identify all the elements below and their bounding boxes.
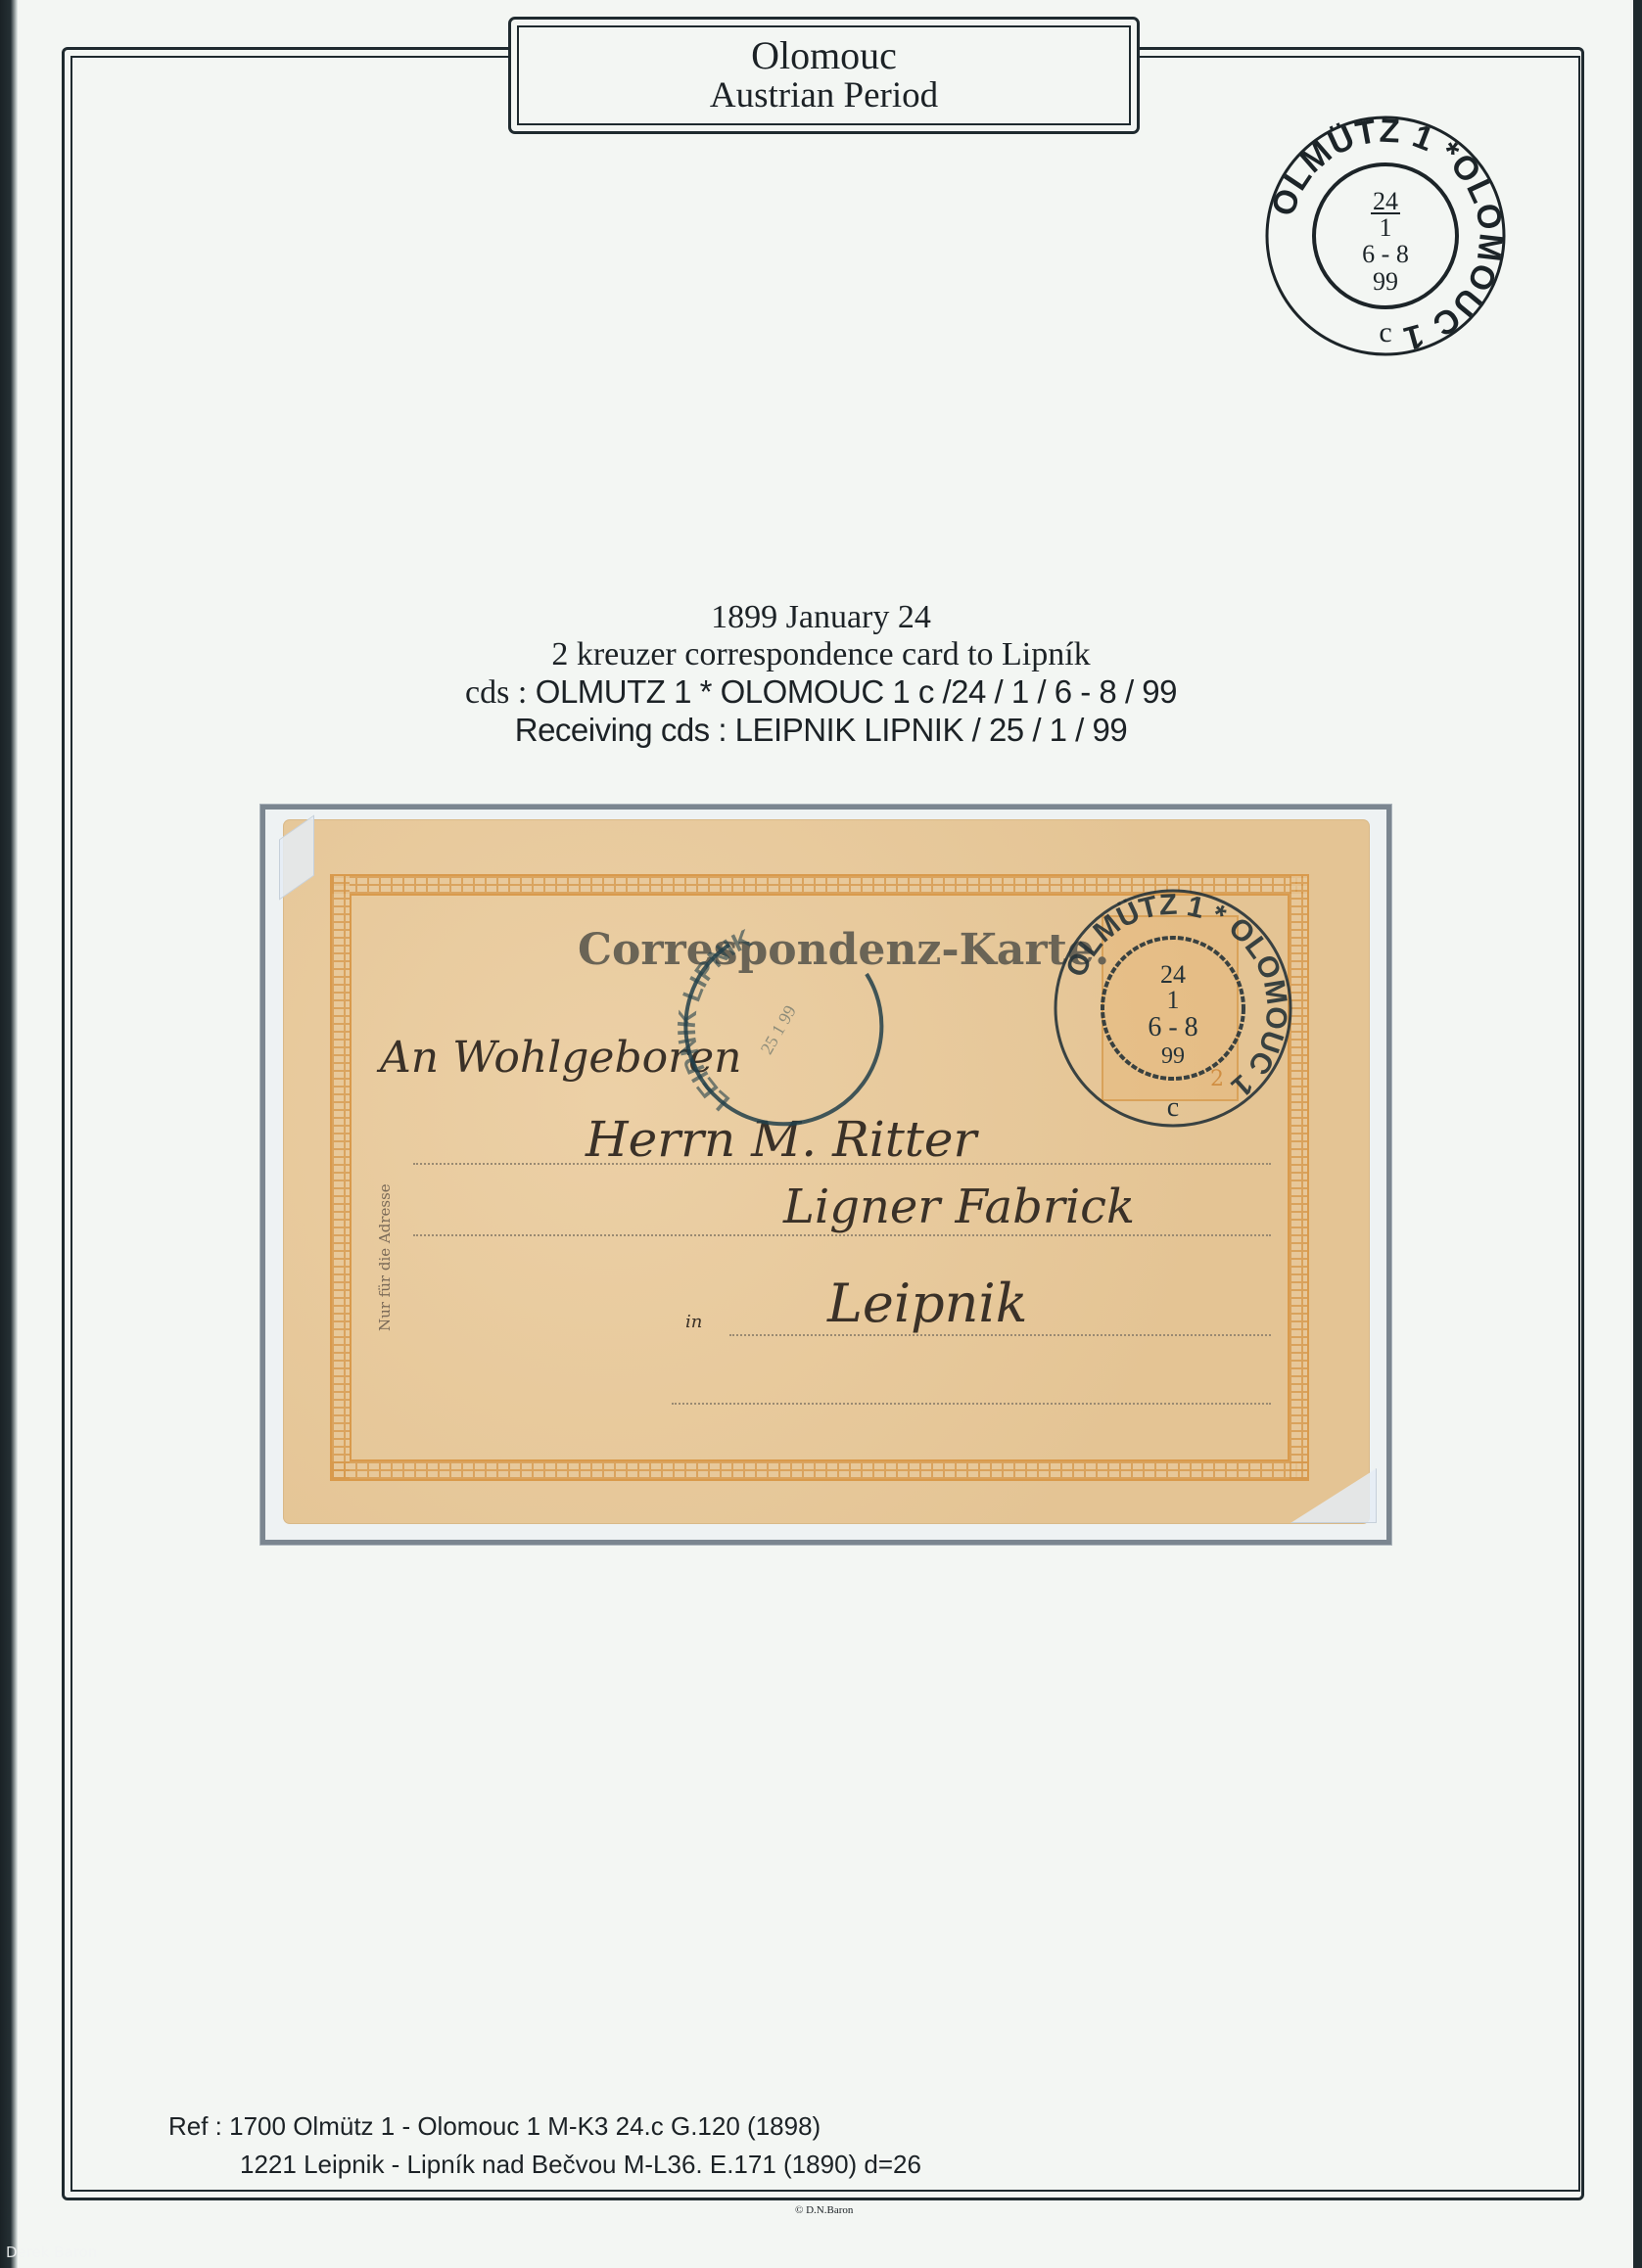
address-line-2: [413, 1234, 1271, 1236]
caption-description: 2 kreuzer correspondence card to Lipník: [0, 636, 1642, 673]
reference-line-1: Ref : 1700 Olmütz 1 - Olomouc 1 M-K3 24.…: [168, 2111, 821, 2142]
caption-cds-value: OLMUTZ 1 * OLOMOUC 1 c /24 / 1 / 6 - 8 /…: [536, 673, 1177, 710]
postmark-time: 6 - 8: [1362, 240, 1409, 268]
title-box-inner: Olomouc Austrian Period: [517, 25, 1131, 125]
card-side-note: Nur für die Adresse: [376, 1183, 394, 1331]
page-subtitle: Austrian Period: [710, 76, 938, 116]
copyright: © D.N.Baron: [795, 2204, 853, 2216]
postmark-year: 99: [1373, 267, 1398, 296]
address-line-4: [672, 1403, 1271, 1405]
olmutz-cancel-time: 6 - 8: [1148, 1012, 1197, 1042]
watermark: Derek Baron: [6, 2244, 97, 2261]
olmutz-cancel-letter: c: [1167, 1092, 1179, 1123]
page-title: Olomouc: [751, 35, 897, 76]
olmutz-cancel-icon: OLMÜTZ 1 * OLOMOUC 1 24 1 6 - 8 99 c: [1046, 881, 1300, 1135]
handwriting-line-4: Leipnik: [827, 1273, 1027, 1334]
reference-line-2: 1221 Leipnik - Lipník nad Bečvou M-L36. …: [240, 2150, 921, 2180]
scan-edge-left: [0, 0, 18, 2268]
postmark-month: 1: [1380, 213, 1392, 242]
handwriting-in: in: [685, 1312, 702, 1332]
leipnik-cancel-ring: LEIPNIK LIPNIK: [672, 923, 757, 1117]
scan-edge-right: [1633, 0, 1642, 2268]
caption-cds: cds : OLMUTZ 1 * OLOMOUC 1 c /24 / 1 / 6…: [0, 673, 1642, 712]
address-line-3: [729, 1334, 1271, 1336]
olmutz-cancel-day: 24: [1160, 960, 1186, 989]
leipnik-cancel-icon: LEIPNIK LIPNIK 25 1 99: [671, 915, 896, 1140]
postmark-day: 24: [1373, 187, 1398, 215]
leipnik-cancel-date: 25 1 99: [757, 1002, 800, 1058]
olmutz-cancel-year: 99: [1161, 1043, 1185, 1069]
caption-receiving: Receiving cds : LEIPNIK LIPNIK / 25 / 1 …: [0, 712, 1642, 749]
postmark-illustration-icon: OLMÜTZ 1 *OLOMOUC 1 24 1 6 - 8 99 c: [1263, 114, 1508, 358]
svg-text:LEIPNIK LIPNIK: LEIPNIK LIPNIK: [672, 923, 757, 1117]
caption-cds-label: cds :: [465, 674, 536, 711]
postmark-letter: c: [1379, 316, 1391, 348]
handwriting-line-3: Ligner Fabrick: [783, 1180, 1135, 1234]
caption-date: 1899 January 24: [0, 599, 1642, 636]
olmutz-cancel-month: 1: [1167, 986, 1180, 1014]
